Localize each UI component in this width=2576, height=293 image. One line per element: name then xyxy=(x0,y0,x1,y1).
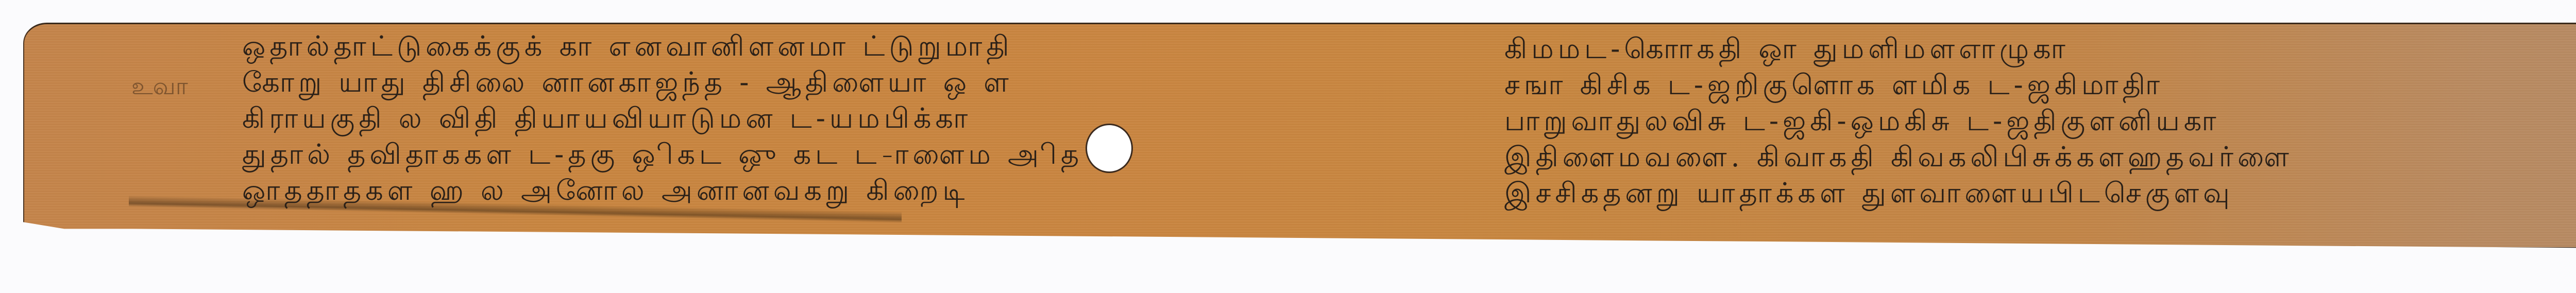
text-line: கிராயகுதி ல விதி தியாயவியாடுமன ட-யமபிக்க… xyxy=(242,100,1083,136)
text-line: பாறுவாதுலவிசு ட-ஜகி-ஒமகிசு ட-ஜதிகுளனியகா xyxy=(1504,103,2293,139)
text-line: கிமமட-கொாகதி ஒா துமளிமளஎாழுகா xyxy=(1504,31,2293,67)
right-text-column: கிமமட-கொாகதி ஒா துமளிமளஎாழுகா சஙா கிசிக … xyxy=(1504,31,2293,211)
text-line: சஙா கிசிக ட-ஜறிகுளொக ளமிக ட-ஜகிமாதிா xyxy=(1504,67,2293,103)
text-line: இசசிகதனறு யாதாக்கள துளவாளையபிடசெகுளவு xyxy=(1504,175,2293,211)
left-margin-note: உவா xyxy=(131,72,188,104)
text-line: ஒதால்தாட்டுகைக்குக் கா எனவானிளனமா ட்டுறு… xyxy=(242,28,1083,64)
string-hole xyxy=(1086,124,1133,173)
text-line: கோறு யாது திசிலை னானகாஜந்த - ஆதிளையா ஒ ள xyxy=(242,64,1083,100)
text-line: துதால் தவிதாககள ட-தகு ஒிகட ஒு கட ட-ாளைம … xyxy=(242,136,1083,173)
left-text-column: ஒதால்தாட்டுகைக்குக் கா எனவானிளனமா ட்டுறு… xyxy=(242,28,1083,209)
text-line: இதிளைமவளை. கிவாகதி கிவகலிபிசுக்களஹதவர்ளை xyxy=(1504,139,2293,175)
text-line: ஒாததாதகள ஹ ல அனோல அனானவகறு கிறைடி xyxy=(242,173,1083,209)
